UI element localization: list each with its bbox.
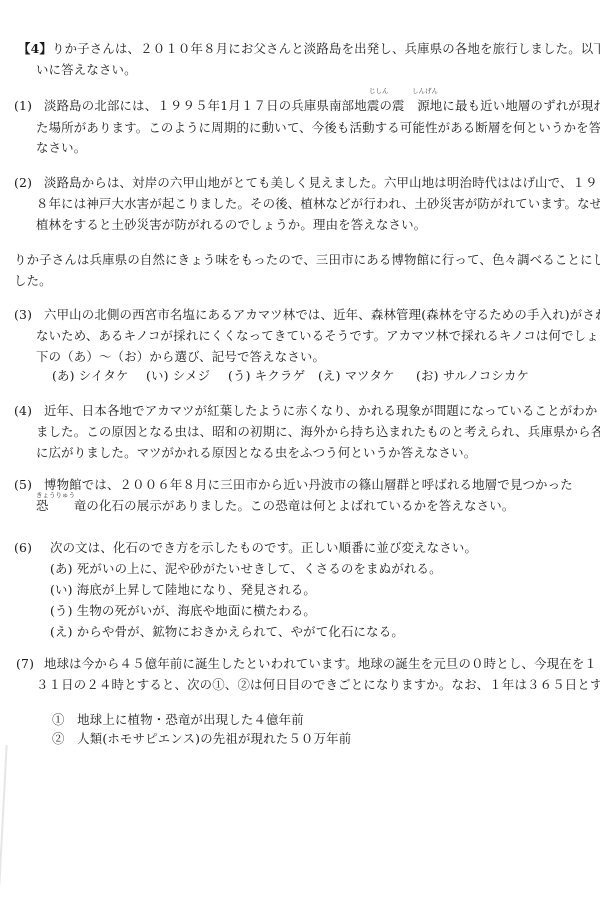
ruby-shingen: しんげん xyxy=(412,87,438,95)
question-6-prompt: 次の文は、化石のでき方を示したものです。正しい順番に並び変えなさい。 xyxy=(50,540,477,556)
question-6-item-a: (あ) 死がいの上に、泥や砂がたいせきして、くさるのをまぬがれる。 xyxy=(50,561,442,577)
section-number: 【4】 xyxy=(18,41,52,57)
question-3-line-1: 六甲山の北側の西宮市名塩にあるアカマツ林では、近年、森林管理(森林を守るための手… xyxy=(44,307,600,323)
question-3-option-a: (あ) シイタケ xyxy=(52,368,129,384)
bridge-line-1: りか子さんは兵庫県の自然にきょう味をもったので、三田市にある博物館に行って、色々… xyxy=(14,252,600,268)
question-4-line-3: に広がりました。マツがかれる原因となる虫をふつう何というか答えなさい。 xyxy=(36,445,476,461)
question-4-line-2: ました。この原因となる虫は、昭和の初期に、海外から持ち込まれたものと考えられ、兵… xyxy=(36,424,600,440)
question-3-option-u: (う) キクラゲ xyxy=(228,368,305,384)
question-6-item-e: (え) からや骨が、鉱物におきかえられて、やがて化石になる。 xyxy=(50,624,404,640)
question-7-number: (7) xyxy=(16,656,34,672)
question-3-number: (3) xyxy=(14,307,32,323)
question-3-option-o: (お) サルノコシカケ xyxy=(416,368,529,384)
question-1-line-2: た場所があります。このように周期的に動いて、今後も活動する可能性がある断層を何と… xyxy=(36,120,600,136)
bridge-line-2: した。 xyxy=(14,273,52,289)
exam-page: 【4】 りか子さんは、２０１０年８月にお父さんと淡路島を出発し、兵庫県の各地を旅… xyxy=(0,0,600,900)
question-1-line-1: 淡路島の北部には、１９９５年1月１７日の兵庫県南部地震の震 源地に最も近い地層の… xyxy=(44,98,600,114)
question-7-item-2: ② 人類(ホモサピエンス)の先祖が現れた５０万年前 xyxy=(52,731,351,747)
section-intro-line-2: いに答えなさい。 xyxy=(36,62,137,78)
question-4-number: (4) xyxy=(14,403,32,419)
question-1-line-3: なさい。 xyxy=(36,140,86,156)
section-intro-line-1: りか子さんは、２０１０年８月にお父さんと淡路島を出発し、兵庫県の各地を旅行しまし… xyxy=(52,41,600,57)
question-6-item-i: (い) 海底が上昇して陸地になり、発見される。 xyxy=(50,582,316,598)
question-7-line-1: 地球は今から４５億年前に誕生したといわれています。地球の誕生を元旦の０時とし、今… xyxy=(44,656,600,672)
ruby-jishin: じしん xyxy=(369,87,389,95)
question-3-line-3: 下の（あ）～（お）から選び、記号で答えなさい。 xyxy=(36,349,325,365)
scan-margin-mark xyxy=(0,745,8,885)
question-3-option-i: (い) シメジ xyxy=(146,368,210,384)
question-7-item-1: ① 地球上に植物・恐竜が出現した４億年前 xyxy=(52,712,304,728)
question-3-option-e: (え) マツタケ xyxy=(318,368,395,384)
question-7-line-2: ３１日の２４時とすると、次の①、②は何日目のできごとになりますか。なお、１年は３… xyxy=(36,677,600,693)
question-3-line-2: ないため、あるキノコが採れにくくなってきているそうです。アカマツ林で採れるキノコ… xyxy=(36,328,600,344)
question-1-number: (1) xyxy=(14,98,32,114)
question-5-number: (5) xyxy=(14,477,32,493)
question-4-line-1: 近年、日本各地でアカマツが紅葉したように赤くなり、かれる現象が問題になっているこ… xyxy=(44,403,600,419)
question-2-line-1: 淡路島からは、対岸の六甲山地がとても美しく見えました。六甲山地は明治時代ははげ山… xyxy=(44,175,600,191)
question-2-line-2: ８年には神戸大水害が起こりました。その後、植林などが行われ、土砂災害が防がれてい… xyxy=(36,196,600,212)
question-5-line-2: 恐 竜の化石の展示がありました。この恐竜は何とよばれているかを答えなさい。 xyxy=(36,498,514,514)
question-6-item-u: (う) 生物の死がいが、海底や地面に横たわる。 xyxy=(50,603,316,619)
question-5-line-1: 博物館では、２００６年８月に三田市から近い丹波市の篠山層群と呼ばれる地層で見つか… xyxy=(44,477,573,493)
question-2-number: (2) xyxy=(14,175,32,191)
question-6-number: (6) xyxy=(14,540,32,556)
question-2-line-3: 植林をすると土砂災害が防がれるのでしょうか。理由を答えなさい。 xyxy=(36,217,426,233)
